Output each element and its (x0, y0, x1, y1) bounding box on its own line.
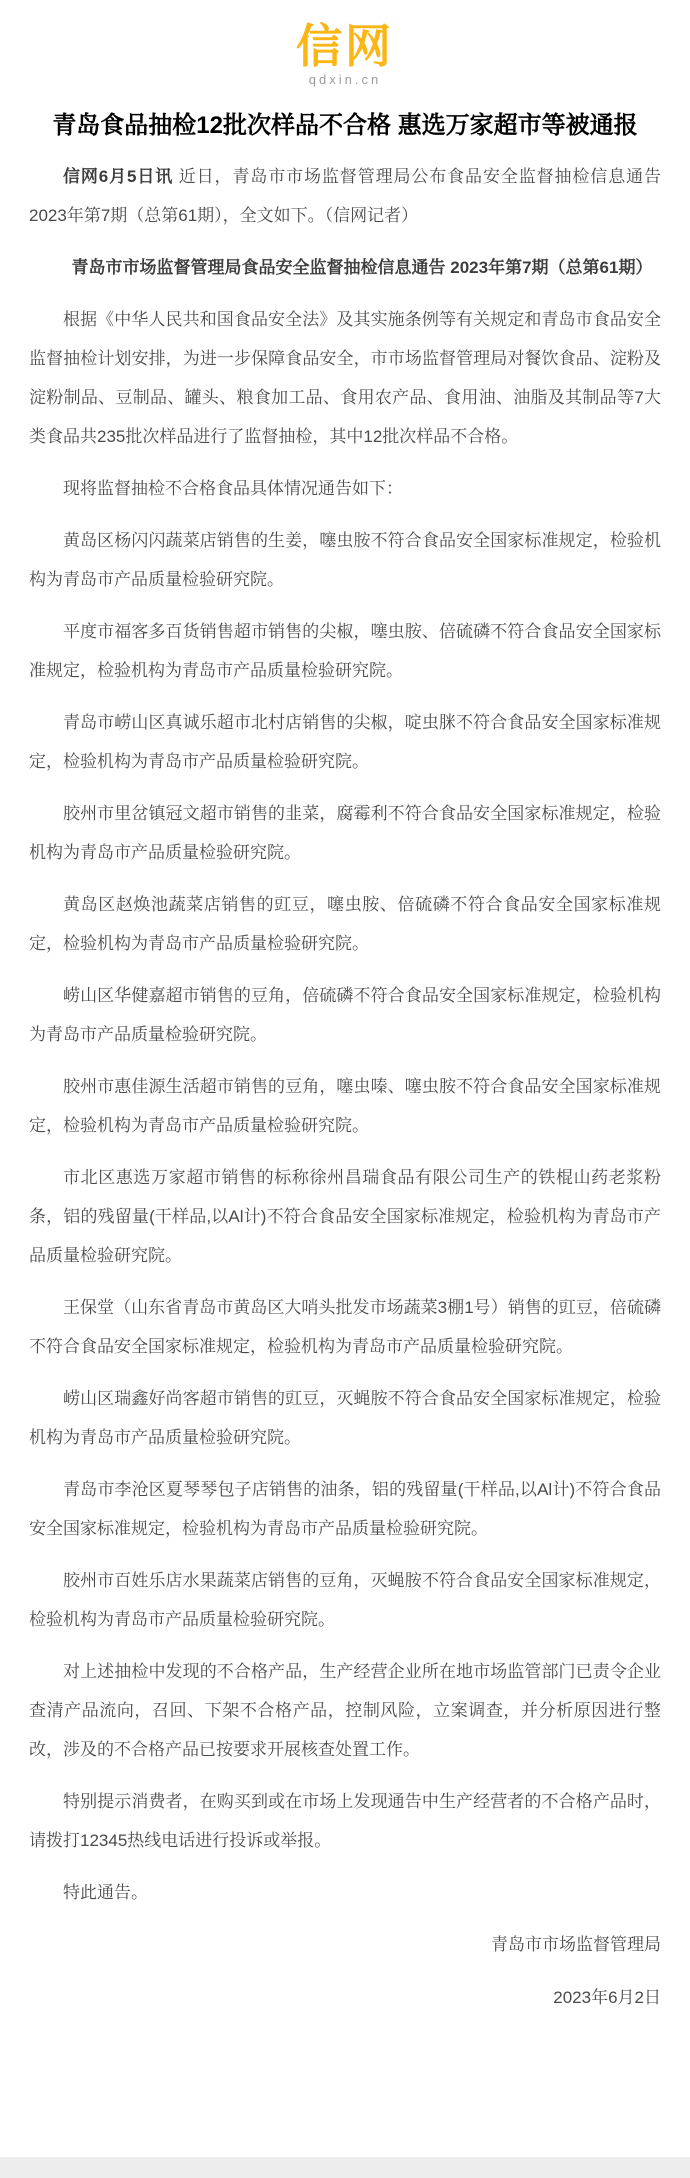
paragraph-item-9: 王保堂（山东省青岛市黄岛区大哨头批发市场蔬菜3棚1号）销售的豇豆，倍硫磷不符合食… (29, 1288, 661, 1366)
paragraph-basis: 根据《中华人民共和国食品安全法》及其实施条例等有关规定和青岛市食品安全监督抽检计… (29, 300, 661, 456)
paragraph-closing: 特此通告。 (29, 1873, 661, 1912)
notice-heading: 青岛市市场监督管理局食品安全监督抽检信息通告 2023年第7期（总第61期） (29, 248, 661, 287)
paragraph-item-8: 市北区惠选万家超市销售的标称徐州昌瑞食品有限公司生产的铁棍山药老浆粉条，铝的残留… (29, 1158, 661, 1275)
footer-bar (0, 2157, 690, 2178)
paragraph-item-11: 青岛市李沧区夏琴琴包子店销售的油条，铝的残留量(干样品,以Al计)不符合食品安全… (29, 1470, 661, 1548)
paragraph-consumer-tip: 特别提示消费者，在购买到或在市场上发现通告中生产经营者的不合格产品时，请拨打12… (29, 1782, 661, 1860)
article-page: 信网 qdxin.cn 青岛食品抽检12批次样品不合格 惠选万家超市等被通报 信… (0, 0, 690, 2178)
paragraph-item-2: 平度市福客多百货销售超市销售的尖椒，噻虫胺、倍硫磷不符合食品安全国家标准规定，检… (29, 612, 661, 690)
paragraph-item-12: 胶州市百姓乐店水果蔬菜店销售的豆角，灭蝇胺不符合食品安全国家标准规定，检验机构为… (29, 1561, 661, 1639)
lead-paragraph: 信网6月5日讯 近日，青岛市市场监督管理局公布食品安全监督抽检信息通告 2023… (29, 157, 661, 235)
article-title: 青岛食品抽检12批次样品不合格 惠选万家超市等被通报 (24, 109, 666, 144)
logo-domain-text: qdxin.cn (296, 72, 394, 87)
paragraph-item-5: 黄岛区赵焕池蔬菜店销售的豇豆，噻虫胺、倍硫磷不符合食品安全国家标准规定，检验机构… (29, 885, 661, 963)
paragraph-disposal: 对上述抽检中发现的不合格产品，生产经营企业所在地市场监管部门已责令企业查清产品流… (29, 1652, 661, 1769)
paragraph-item-7: 胶州市惠佳源生活超市销售的豆角，噻虫嗪、噻虫胺不符合食品安全国家标准规定，检验机… (29, 1067, 661, 1145)
logo-wordmark: 信网 (296, 22, 394, 70)
publish-date: 2023年6月2日 (29, 1978, 661, 2017)
site-header: 信网 qdxin.cn (0, 0, 690, 89)
article-body: 青岛食品抽检12批次样品不合格 惠选万家超市等被通报 信网6月5日讯 近日，青岛… (0, 89, 690, 2030)
paragraph-intro: 现将监督抽检不合格食品具体情况通告如下： (29, 469, 661, 508)
signature: 青岛市市场监督管理局 (29, 1925, 661, 1964)
paragraph-item-4: 胶州市里岔镇冠文超市销售的韭菜，腐霉利不符合食品安全国家标准规定，检验机构为青岛… (29, 794, 661, 872)
lead-dateline: 信网6月5日讯 (63, 167, 173, 186)
site-logo[interactable]: 信网 qdxin.cn (296, 22, 394, 87)
paragraph-item-6: 崂山区华健嘉超市销售的豆角，倍硫磷不符合食品安全国家标准规定，检验机构为青岛市产… (29, 976, 661, 1054)
paragraph-item-1: 黄岛区杨闪闪蔬菜店销售的生姜，噻虫胺不符合食品安全国家标准规定，检验机构为青岛市… (29, 521, 661, 599)
paragraph-item-10: 崂山区瑞鑫好尚客超市销售的豇豆，灭蝇胺不符合食品安全国家标准规定，检验机构为青岛… (29, 1379, 661, 1457)
paragraph-item-3: 青岛市崂山区真诚乐超市北村店销售的尖椒，啶虫脒不符合食品安全国家标准规定，检验机… (29, 703, 661, 781)
